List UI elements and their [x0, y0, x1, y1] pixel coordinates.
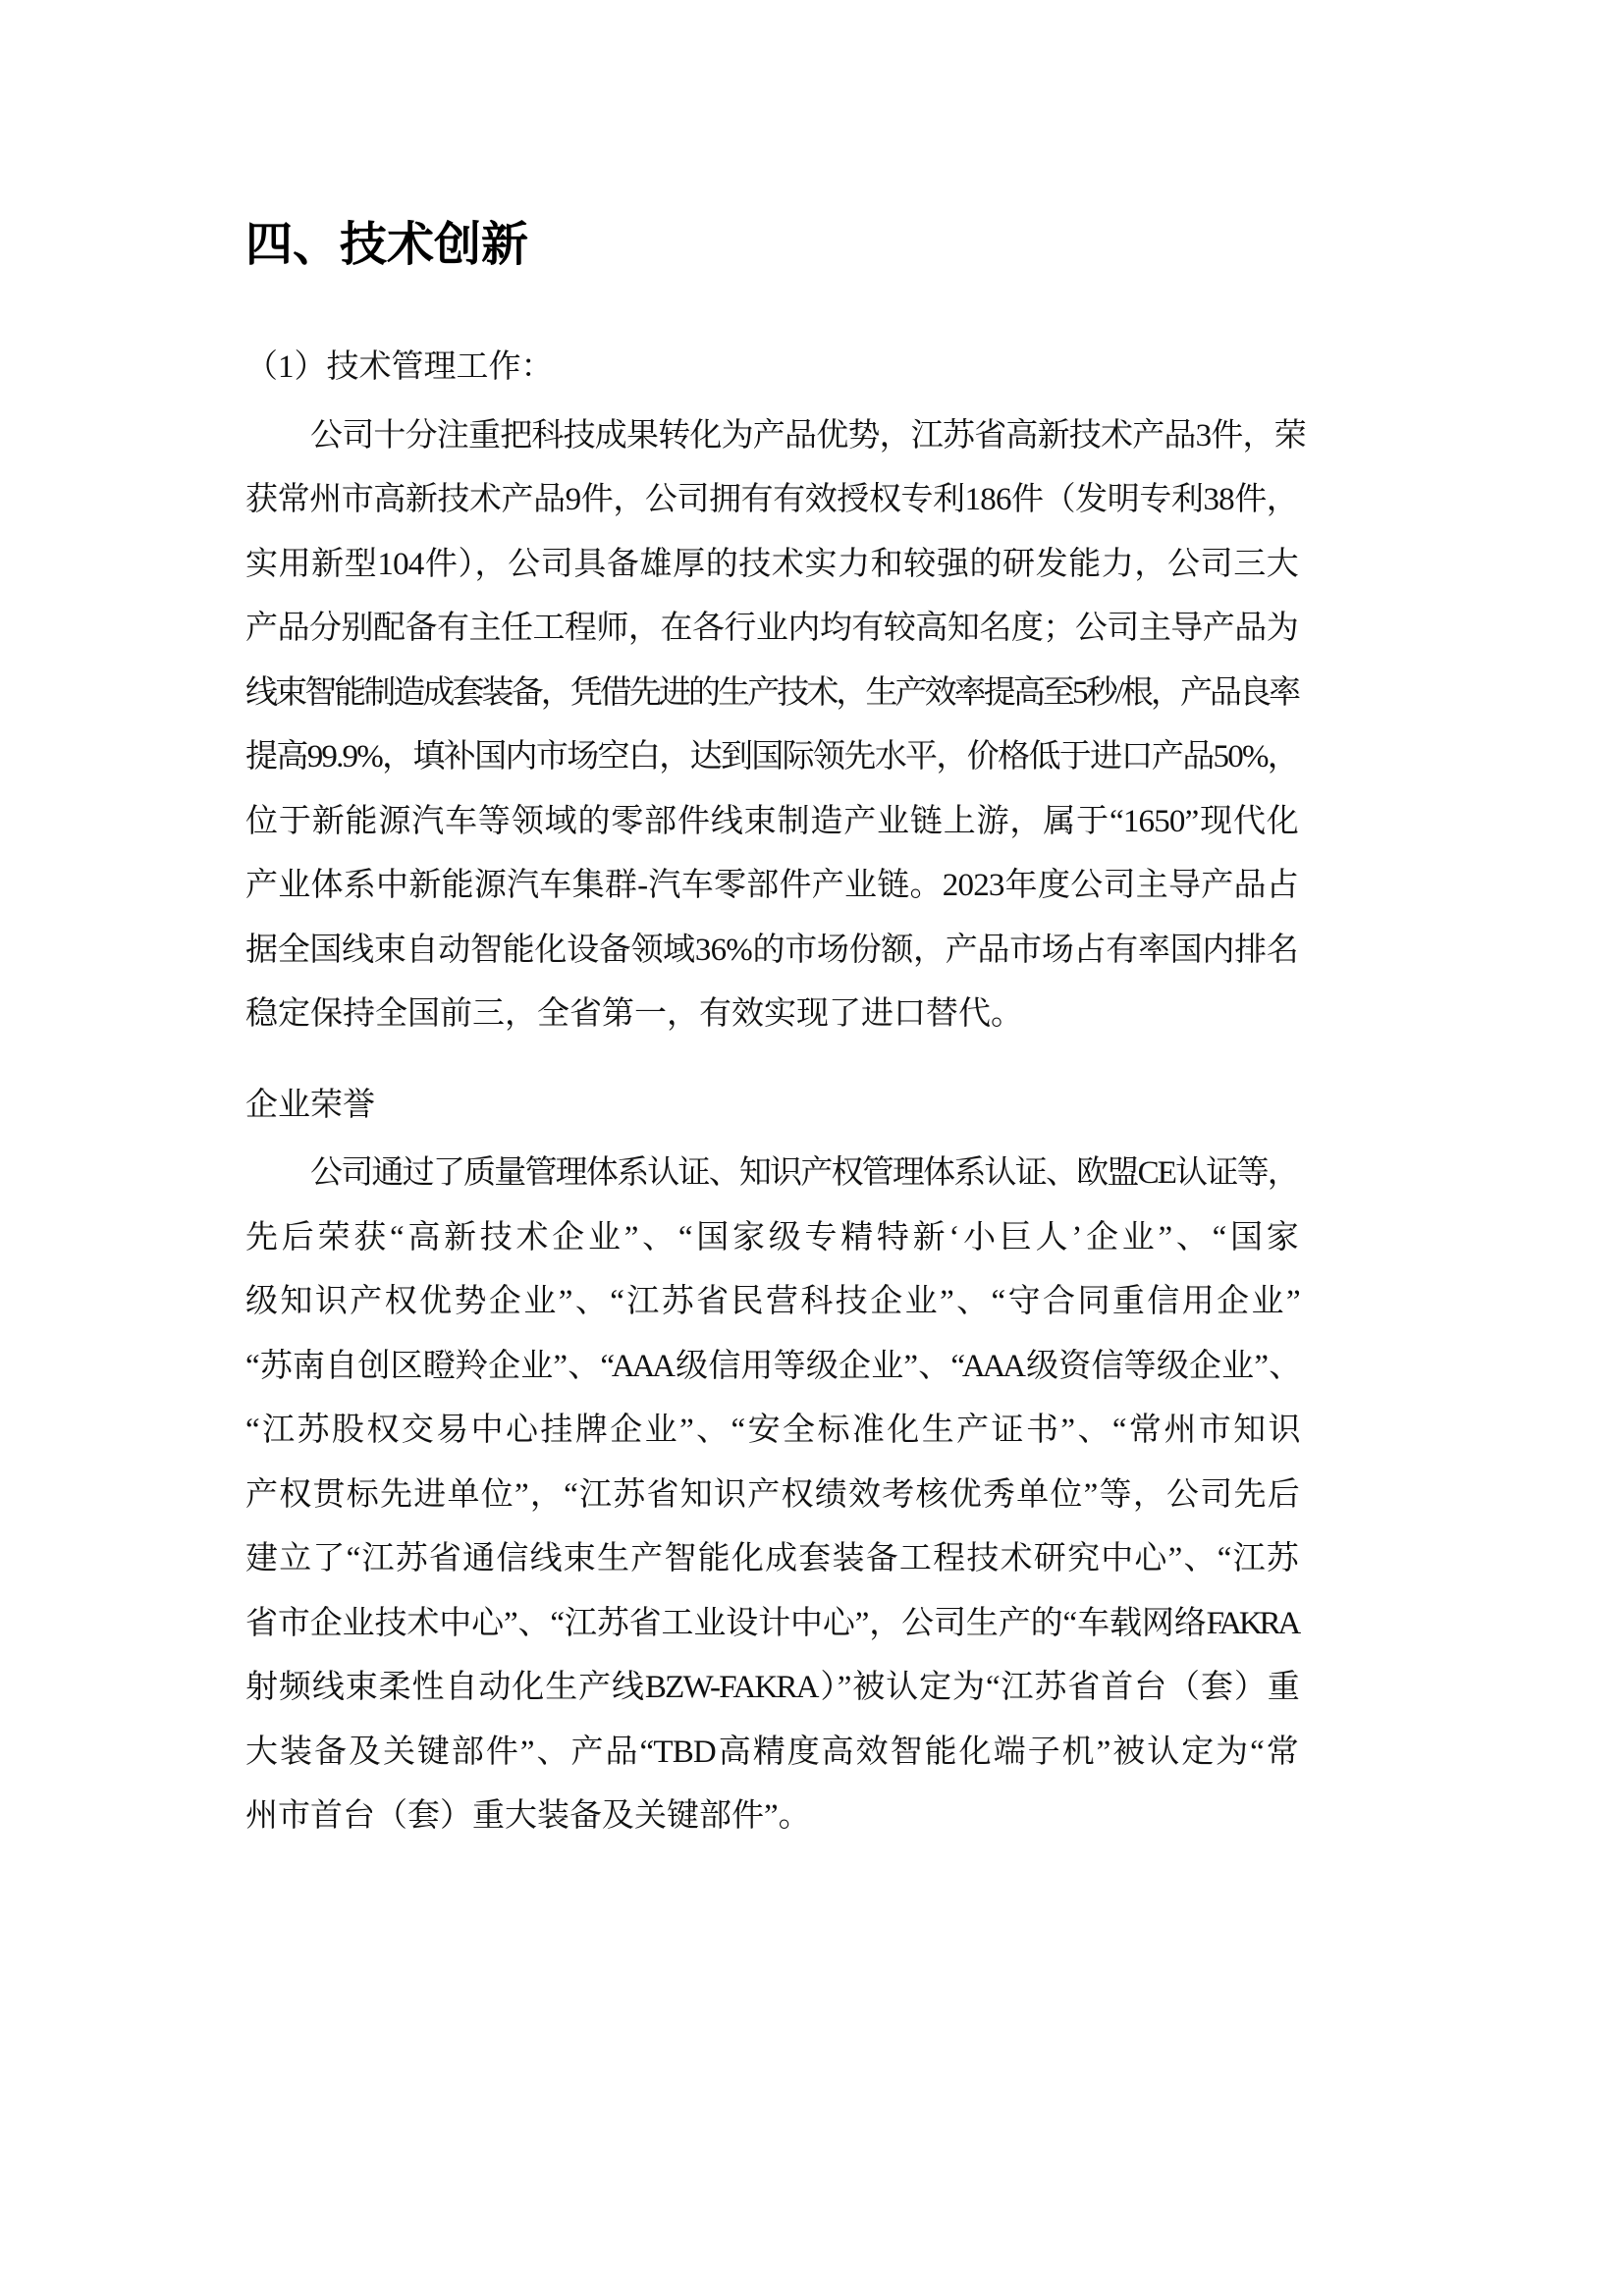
text-line: 建立了“江苏省通信线束生产智能化成套装备工程技术研究中心”、“江苏 [245, 1527, 1298, 1592]
text-line: 公司十分注重把科技成果转化为产品优势，江苏省高新技术产品3件，荣 [245, 404, 1298, 469]
honors-heading: 企业荣誉 [245, 1074, 1298, 1139]
text-line: 省市企业技术中心”、“江苏省工业设计中心”，公司生产的“车载网络FAKRA [245, 1592, 1298, 1657]
paragraph-honors: 公司通过了质量管理体系认证、知识产权管理体系认证、欧盟CE认证等， 先后荣获“高… [245, 1142, 1298, 1849]
text-line: 州市首台（套）重大装备及关键部件”。 [245, 1785, 1298, 1849]
text-line: “江苏股权交易中心挂牌企业”、“安全标准化生产证书”、“常州市知识 [245, 1399, 1298, 1464]
subsection-heading: （1）技术管理工作： [245, 336, 1298, 400]
text-line: 大装备及关键部件”、产品“TBD高精度高效智能化端子机”被认定为“常 [245, 1721, 1298, 1786]
paragraph-tech-management: 公司十分注重把科技成果转化为产品优势，江苏省高新技术产品3件，荣 获常州市高新技… [245, 404, 1298, 1047]
text-line: 级知识产权优势企业”、“江苏省民营科技企业”、“守合同重信用企业” [245, 1270, 1298, 1335]
text-line: 线束智能制造成套装备，凭借先进的生产技术，生产效率提高至5秒/根，产品良率 [245, 662, 1298, 726]
text-line: 射频线束柔性自动化生产线BZW-FAKRA）”被认定为“江苏省首台（套）重 [245, 1656, 1298, 1721]
section-heading: 四、技术创新 [245, 218, 1298, 273]
document-content: 四、技术创新 （1）技术管理工作： 公司十分注重把科技成果转化为产品优势，江苏省… [245, 0, 1298, 1849]
text-line: 获常州市高新技术产品9件，公司拥有有效授权专利186件（发明专利38件， [245, 468, 1298, 533]
text-line: 据全国线束自动智能化设备领域36%的市场份额，产品市场占有率国内排名 [245, 919, 1298, 984]
text-line: 产权贯标先进单位”，“江苏省知识产权绩效考核优秀单位”等，公司先后 [245, 1464, 1298, 1528]
text-line: 稳定保持全国前三，全省第一，有效实现了进口替代。 [245, 983, 1298, 1047]
text-line: 产业体系中新能源汽车集群-汽车零部件产业链。2023年度公司主导产品占 [245, 854, 1298, 919]
text-line: 公司通过了质量管理体系认证、知识产权管理体系认证、欧盟CE认证等， [245, 1142, 1298, 1206]
text-line: 产品分别配备有主任工程师，在各行业内均有较高知名度；公司主导产品为 [245, 597, 1298, 662]
text-line: 先后荣获“高新技术企业”、“国家级专精特新‘小巨人’企业”、“国家 [245, 1206, 1298, 1271]
text-line: 实用新型104件），公司具备雄厚的技术实力和较强的研发能力，公司三大 [245, 533, 1298, 598]
text-line: “苏南自创区瞪羚企业”、“AAA级信用等级企业”、“AAA级资信等级企业”、 [245, 1335, 1298, 1400]
text-line: 提高99.9%，填补国内市场空白，达到国际领先水平，价格低于进口产品50%， [245, 725, 1298, 790]
text-line: 位于新能源汽车等领域的零部件线束制造产业链上游，属于“1650”现代化 [245, 790, 1298, 855]
document-page: 四、技术创新 （1）技术管理工作： 公司十分注重把科技成果转化为产品优势，江苏省… [0, 0, 1624, 2296]
